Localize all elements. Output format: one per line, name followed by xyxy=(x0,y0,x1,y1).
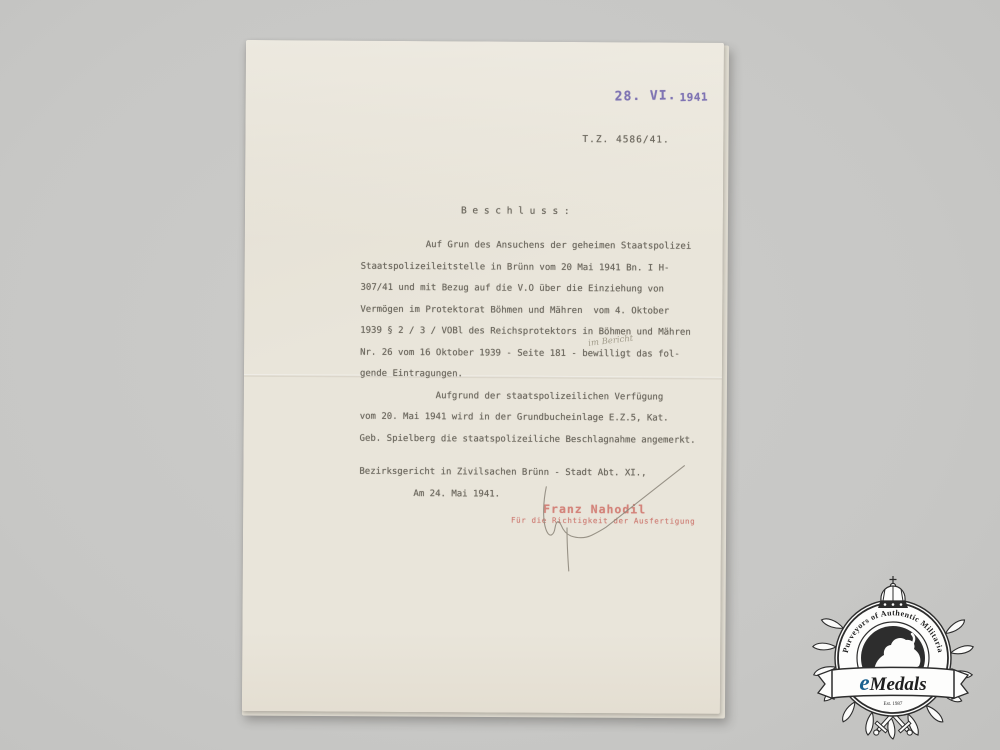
pencil-signature xyxy=(242,40,724,714)
svg-text:eMedals: eMedals xyxy=(859,670,926,695)
brand-medals: Medals xyxy=(869,674,927,695)
emedals-watermark: Purveyors of Authentic Militaria eMedals… xyxy=(808,574,978,744)
document-sheet: 28. VI.1941 T.Z. 4586/41. B e s c h l u … xyxy=(242,40,724,714)
photo-background: 28. VI.1941 T.Z. 4586/41. B e s c h l u … xyxy=(0,0,1000,750)
brand-e: e xyxy=(859,670,869,695)
established-text: Est. 1987 xyxy=(884,702,903,707)
banner-ribbon: eMedals Est. 1987 xyxy=(818,667,968,707)
crown-icon xyxy=(878,576,908,608)
